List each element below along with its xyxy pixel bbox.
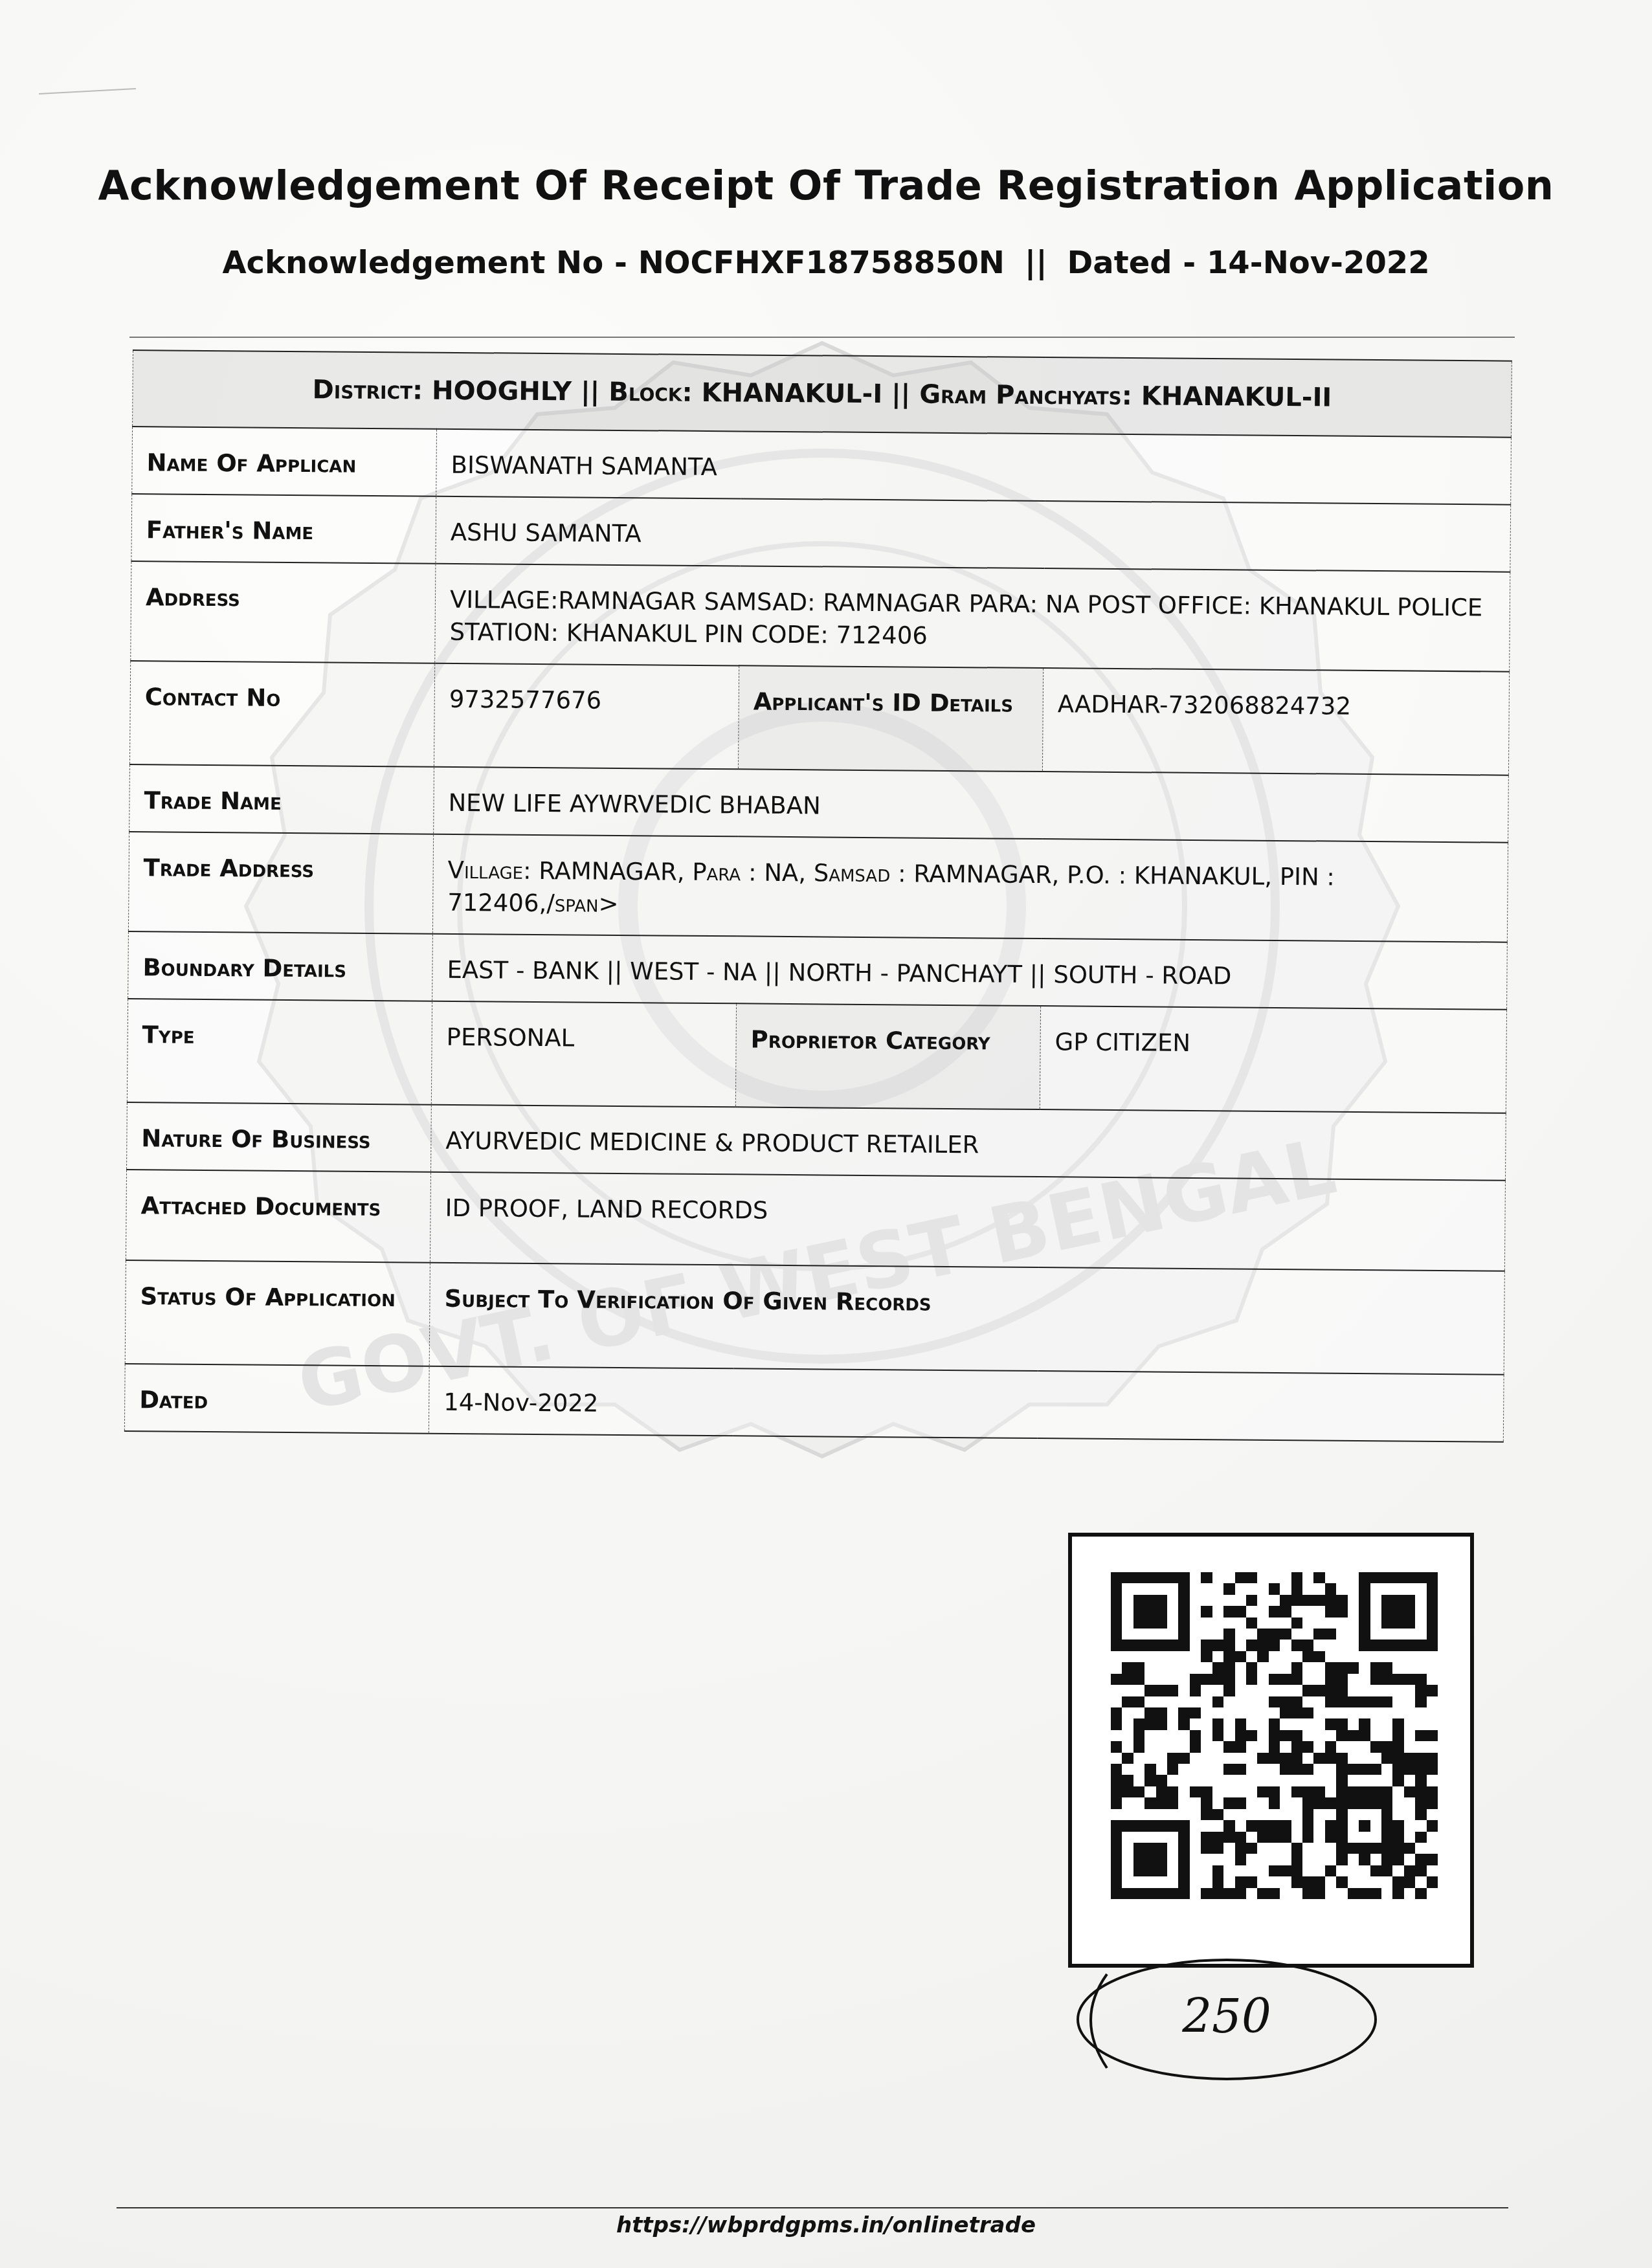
table-row: Type PERSONAL Proprietor Category GP CIT… — [127, 999, 1506, 1113]
address-value: VILLAGE:RAMNAGAR SAMSAD: RAMNAGAR PARA: … — [435, 564, 1510, 672]
father-name-value: ASHU SAMANTA — [436, 496, 1511, 572]
trade-name-label: Trade Name — [129, 764, 434, 834]
boundary-details-value: EAST - BANK || WEST - NA || NORTH - PANC… — [432, 934, 1508, 1010]
table-row: Trade Name NEW LIFE AYWRVEDIC BHABAN — [129, 764, 1509, 843]
svg-text:250: 250 — [1181, 1989, 1271, 2043]
applicant-name-value: BISWANATH SAMANTA — [436, 429, 1512, 505]
proprietor-category-label: Proprietor Category — [735, 1003, 1040, 1109]
district-value: HOOGHLY — [432, 376, 572, 407]
footer-divider — [117, 2207, 1508, 2208]
table-row: Father's Name ASHU SAMANTA — [131, 494, 1511, 572]
type-label: Type — [127, 999, 432, 1105]
trade-name-value: NEW LIFE AYWRVEDIC BHABAN — [434, 767, 1509, 843]
father-name-label: Father's Name — [131, 494, 436, 564]
table-row: Contact No 9732577676 Applicant's ID Det… — [129, 661, 1509, 775]
trade-address-value: Village: RAMNAGAR, Para : NA, Samsad : R… — [432, 834, 1508, 942]
ack-number: NOCFHXF18758850N — [638, 245, 1005, 281]
acknowledgement-line: Acknowledgement No - NOCFHXF18758850N ||… — [0, 245, 1652, 281]
nature-of-business-value: AYURVEDIC MEDICINE & PRODUCT RETAILER — [431, 1105, 1506, 1181]
trade-address-label: Trade Address — [128, 832, 433, 934]
boundary-details-label: Boundary Details — [128, 931, 433, 1001]
attached-documents-value: ID PROOF, LAND RECORDS — [430, 1172, 1505, 1271]
applicant-name-label: Name Of Applican — [132, 427, 437, 496]
ack-label: Acknowledgement No — [222, 245, 603, 281]
footer-url: https://wbprdgpms.in/onlinetrade — [0, 2212, 1652, 2238]
applicant-id-label: Applicant's ID Details — [738, 665, 1043, 772]
address-label: Address — [131, 561, 436, 663]
status-value: Subject To Verification Of Given Records — [429, 1263, 1504, 1375]
table-row: Status Of Application Subject To Verific… — [125, 1260, 1504, 1375]
location-header: District: HOOGHLY || Block: KHANAKUL-I |… — [133, 350, 1512, 438]
table-row: Boundary Details EAST - BANK || WEST - N… — [128, 931, 1508, 1010]
dated-value: 14-Nov-2022 — [1207, 245, 1430, 281]
dated-row-value: 14-Nov-2022 — [429, 1366, 1504, 1442]
qr-code-icon — [1111, 1572, 1438, 1899]
status-label: Status Of Application — [125, 1260, 430, 1366]
table-row: Name Of Applican BISWANATH SAMANTA — [132, 427, 1512, 505]
contact-no-value: 9732577676 — [434, 663, 739, 770]
dated-row-label: Dated — [124, 1364, 429, 1434]
qr-code — [1068, 1533, 1474, 1968]
block-value: KHANAKUL-I — [701, 378, 882, 409]
attached-documents-label: Attached Documents — [126, 1170, 430, 1263]
nature-of-business-label: Nature Of Business — [127, 1102, 432, 1172]
gp-value: KHANAKUL-II — [1141, 381, 1332, 412]
handwritten-fee-annotation: 250 — [1062, 1948, 1385, 2084]
divider — [129, 337, 1515, 338]
table-row: Trade Address Village: RAMNAGAR, Para : … — [128, 832, 1508, 942]
type-value: PERSONAL — [431, 1001, 736, 1107]
document-title: Acknowledgement Of Receipt Of Trade Regi… — [0, 162, 1652, 209]
acknowledgement-table: District: HOOGHLY || Block: KHANAKUL-I |… — [124, 350, 1512, 1443]
table-row: Attached Documents ID PROOF, LAND RECORD… — [126, 1170, 1505, 1271]
table-row: Dated 14-Nov-2022 — [124, 1364, 1504, 1442]
table-row: Address VILLAGE:RAMNAGAR SAMSAD: RAMNAGA… — [131, 561, 1510, 672]
dated-label: Dated — [1067, 245, 1172, 281]
proprietor-category-value: GP CITIZEN — [1040, 1006, 1506, 1113]
location-header-row: District: HOOGHLY || Block: KHANAKUL-I |… — [133, 350, 1512, 438]
applicant-id-value: AADHAR-732068824732 — [1042, 668, 1509, 775]
table-row: Nature Of Business AYURVEDIC MEDICINE & … — [127, 1102, 1506, 1181]
contact-no-label: Contact No — [129, 661, 434, 767]
